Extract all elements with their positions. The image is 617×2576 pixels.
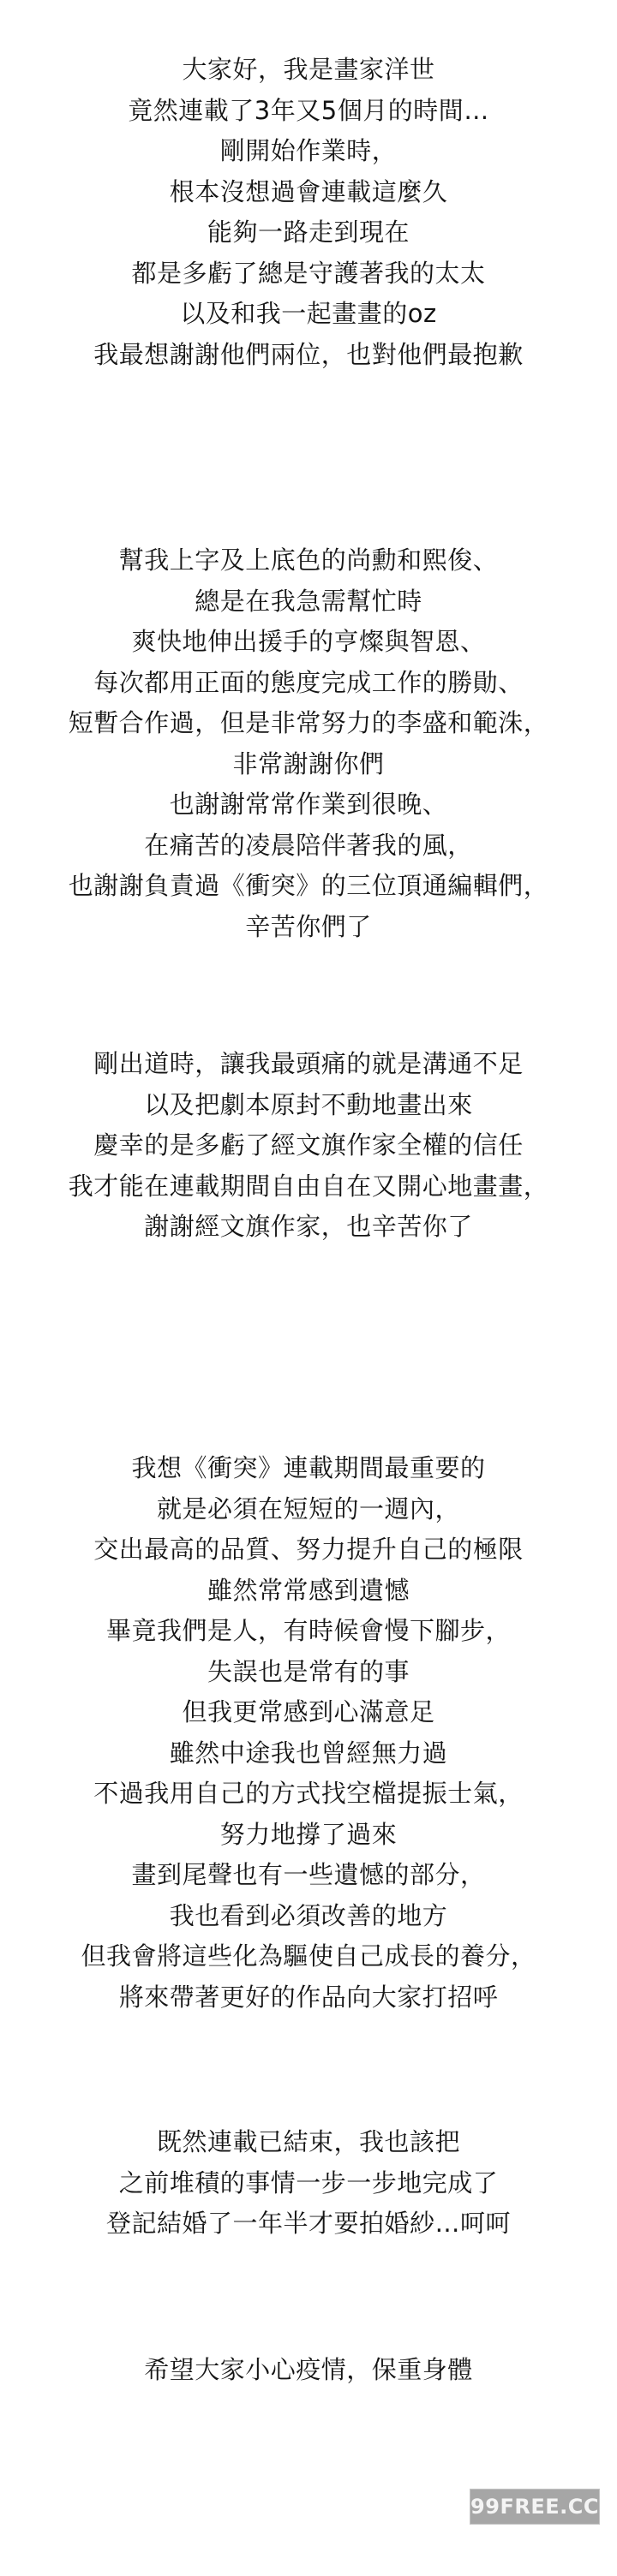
text-line: 希望大家小心疫情，保重身體 [0, 2350, 617, 2391]
text-line: 雖然常常感到遺憾 [0, 1571, 617, 1612]
text-line: 非常謝謝你們 [0, 744, 617, 785]
text-line: 我也看到必須改善的地方 [0, 1896, 617, 1937]
text-line: 在痛苦的凌晨陪伴著我的風， [0, 826, 617, 867]
text-line: 交出最高的品質、努力提升自己的極限 [0, 1529, 617, 1571]
text-line: 幫我上字及上底色的尚勳和熙俊、 [0, 540, 617, 581]
block-greeting: 大家好，我是畫家洋世 竟然連載了3年又5個月的時間… 剛開始作業時， 根本沒想過… [0, 50, 617, 375]
text-line: 根本沒想過會連載這麼久 [0, 172, 617, 213]
text-line: 慶幸的是多虧了經文旗作家全權的信任 [0, 1125, 617, 1166]
text-line: 辛苦你們了 [0, 907, 617, 948]
text-line: 我最想謝謝他們兩位，也對他們最抱歉 [0, 335, 617, 376]
text-line: 總是在我急需幫忙時 [0, 581, 617, 623]
text-line: 失誤也是常有的事 [0, 1652, 617, 1693]
text-line: 剛出道時，讓我最頭痛的就是溝通不足 [0, 1044, 617, 1085]
text-line: 以及把劇本原封不動地畫出來 [0, 1085, 617, 1126]
text-line: 剛開始作業時， [0, 131, 617, 172]
text-line: 我才能在連載期間自由自在又開心地畫畫， [0, 1166, 617, 1207]
text-line: 也謝謝常常作業到很晚、 [0, 784, 617, 826]
text-line: 之前堆積的事情一步一步地完成了 [0, 2163, 617, 2204]
text-line: 竟然連載了3年又5個月的時間… [0, 91, 617, 132]
block-closing: 希望大家小心疫情，保重身體 [0, 2350, 617, 2391]
text-line: 不過我用自己的方式找空檔提振士氣， [0, 1774, 617, 1815]
text-line: 畫到尾聲也有一些遺憾的部分， [0, 1855, 617, 1896]
text-line: 能夠一路走到現在 [0, 212, 617, 253]
text-line: 都是多虧了總是守護著我的太太 [0, 253, 617, 295]
text-line: 爽快地伸出援手的亨燦與智恩、 [0, 622, 617, 663]
text-line: 將來帶著更好的作品向大家打招呼 [0, 1977, 617, 2018]
text-line: 雖然中途我也曾經無力過 [0, 1733, 617, 1774]
text-line: 就是必須在短短的一週內， [0, 1489, 617, 1530]
text-line: 謝謝經文旗作家，也辛苦你了 [0, 1207, 617, 1248]
text-line: 也謝謝負責過《衝突》的三位頂通編輯們， [0, 866, 617, 907]
text-line: 但我會將這些化為驅使自己成長的養分， [0, 1936, 617, 1977]
text-line: 每次都用正面的態度完成工作的勝勛、 [0, 663, 617, 704]
text-line: 畢竟我們是人，有時候會慢下腳步， [0, 1611, 617, 1652]
block-personal-news: 既然連載已結束，我也該把 之前堆積的事情一步一步地完成了 登記結婚了一年半才要拍… [0, 2122, 617, 2245]
block-team-thanks: 幫我上字及上底色的尚勳和熙俊、 總是在我急需幫忙時 爽快地伸出援手的亨燦與智恩、… [0, 540, 617, 947]
text-line: 我想《衝突》連載期間最重要的 [0, 1448, 617, 1489]
text-line: 既然連載已結束，我也該把 [0, 2122, 617, 2163]
text-line: 登記結婚了一年半才要拍婚紗…呵呵 [0, 2203, 617, 2245]
block-writer-thanks: 剛出道時，讓我最頭痛的就是溝通不足 以及把劇本原封不動地畫出來 慶幸的是多虧了經… [0, 1044, 617, 1248]
text-line: 以及和我一起畫畫的oz [0, 294, 617, 335]
watermark-badge: 99FREE.CC [470, 2489, 600, 2525]
text-line: 大家好，我是畫家洋世 [0, 50, 617, 91]
text-line: 短暫合作過，但是非常努力的李盛和範洙， [0, 703, 617, 744]
block-reflection: 我想《衝突》連載期間最重要的 就是必須在短短的一週內， 交出最高的品質、努力提升… [0, 1448, 617, 2018]
text-line: 但我更常感到心滿意足 [0, 1692, 617, 1733]
text-line: 努力地撐了過來 [0, 1815, 617, 1856]
